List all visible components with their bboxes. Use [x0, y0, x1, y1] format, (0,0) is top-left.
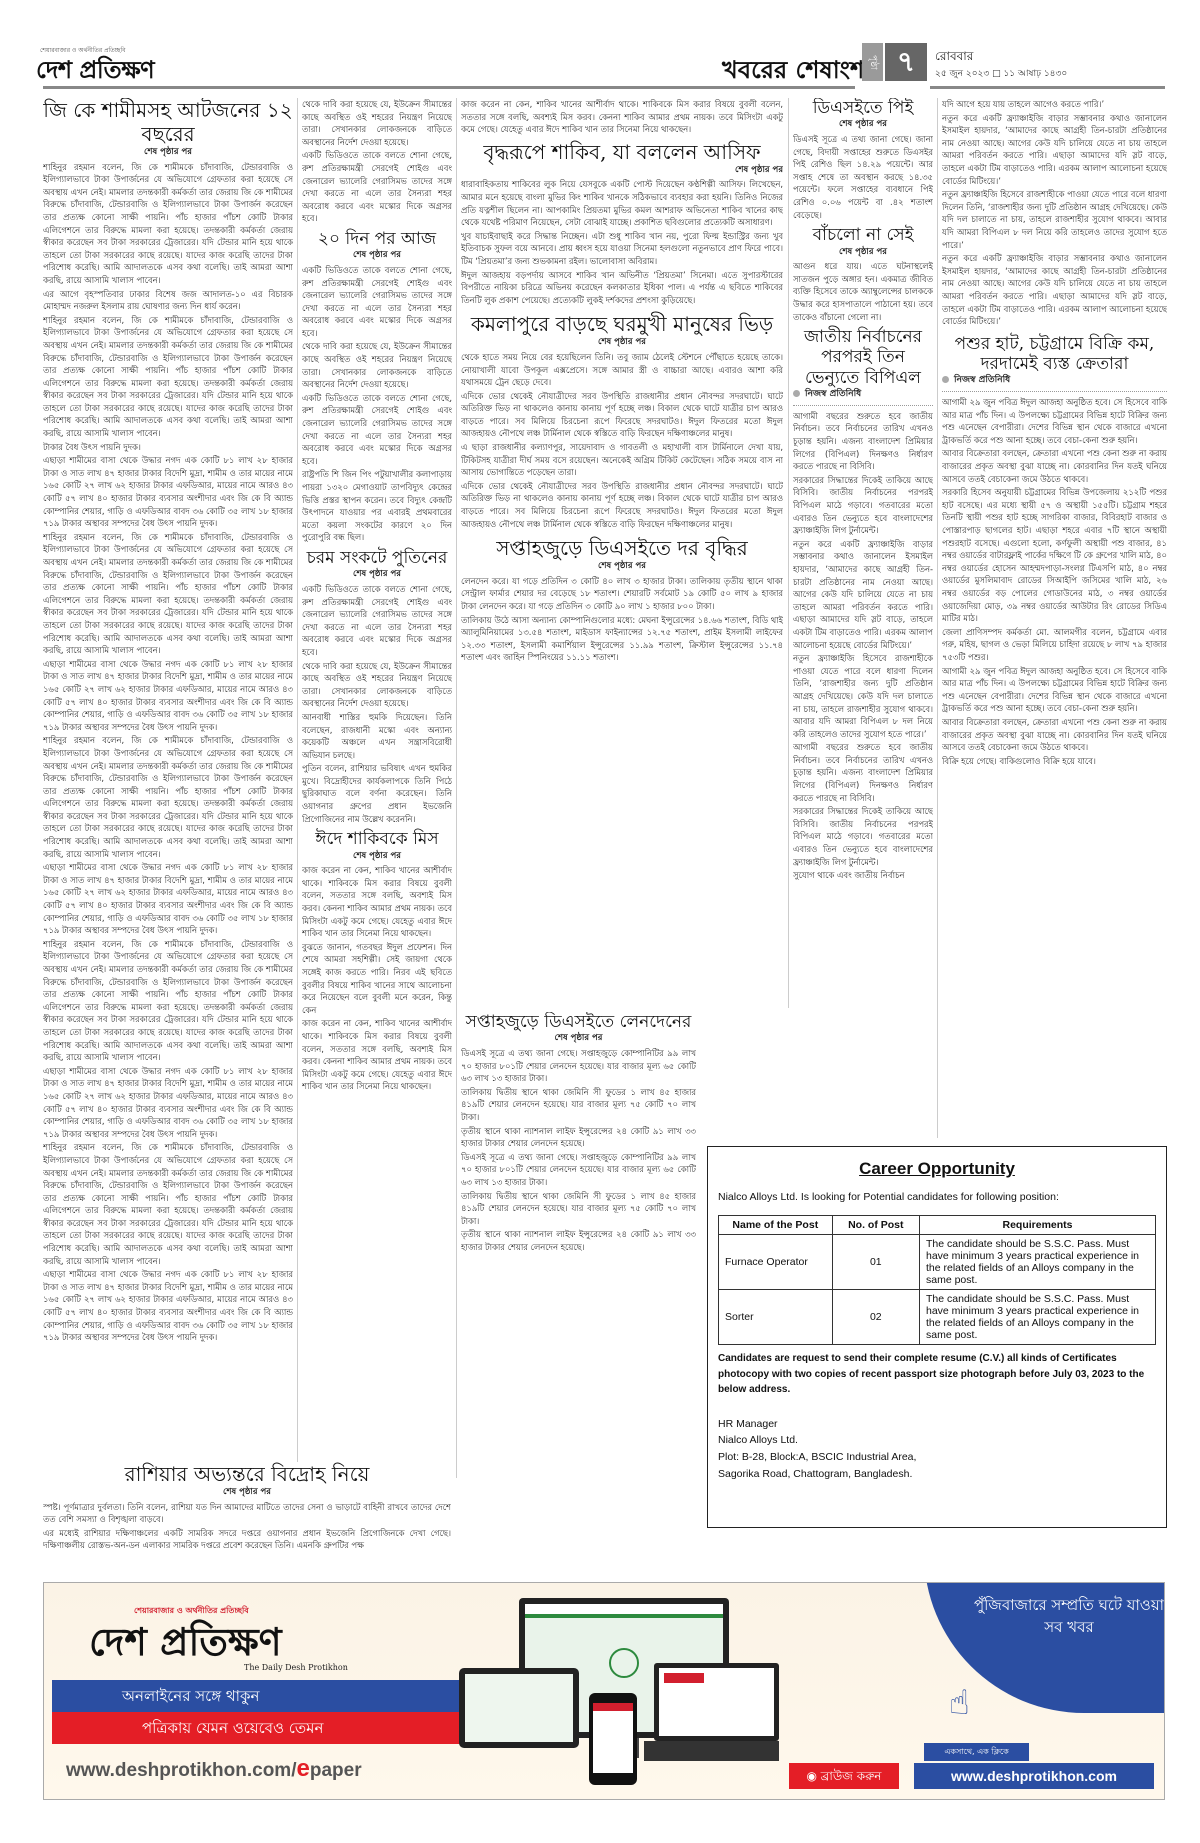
post-name: Furnace Operator [719, 1235, 833, 1290]
paragraph: আগামী ২৯ জুন পবিত্র ঈদুল আজহা অনুষ্ঠিত হ… [942, 665, 1167, 715]
paragraph: আবার বিক্রেতারা বলছেন, ক্রেতারা এখনো পশু… [942, 716, 1167, 754]
ad-intro: Nialco Alloys Ltd. Is looking for Potent… [718, 1191, 1156, 1203]
paragraph: তৃতীয় স্থানে থাকা ন্যাশনাল লাইফ ইন্সুরে… [461, 1228, 696, 1253]
bullet-icon [793, 390, 800, 397]
paragraph: ডিএসই সূত্রে এ তথ্য জানা গেছে। জানা গেছে… [793, 133, 933, 221]
continued-label: শেষ পৃষ্ঠার পর [461, 1032, 696, 1045]
paragraph: এ ছাড়া রাজধানীর কল্যাণপুর, সায়েদাবাদ ও… [461, 441, 783, 479]
article-russia: রাশিয়ার অভ্যন্তরে বিদ্রোহ নিয়ে শেষ পৃষ… [43, 1462, 451, 1577]
together-label: একসাথে, এক ক্লিকে [924, 1743, 1029, 1761]
ad-note: Candidates are request to send their com… [718, 1351, 1156, 1398]
paragraph: ঈদুল আজহায় বড়পর্দায় আসবে শাকিব খান অভ… [461, 269, 783, 307]
epaper-link[interactable]: www.deshprotikhon.com/epaper [66, 1755, 362, 1783]
paragraph: একটি ভিডিওতে তাকে বলতে শোনা গেছে, রুশ প্… [302, 392, 452, 468]
headline: সপ্তাহজুড়ে ডিএসইতে লেনদেনের [461, 1012, 696, 1032]
paragraph: থেকে দাবি করা হয়েছে যে, ইউক্রেন সীমান্ত… [302, 340, 452, 390]
article-ukraine: থেকে দাবি করা হয়েছে যে, ইউক্রেন সীমান্ত… [302, 98, 452, 225]
paragraph: যদি আগে হয়ে যায় তাহলে আগেও করতে পারি।’ [942, 98, 1167, 111]
paragraph: একটি ভিডিওতে তাকে বলতে শোনা গেছে, রুশ প্… [302, 583, 452, 659]
page-number: ৭ [885, 43, 927, 81]
paragraph: স্পষ্ট। পূর্ণমাত্রার দুর্বলতা। তিনি বলেন… [43, 1501, 451, 1526]
address-line: HR Manager [718, 1416, 1156, 1433]
headline: রাশিয়ার অভ্যন্তরে বিদ্রোহ নিয়ে [43, 1462, 451, 1486]
banner-blue-strip: অনলাইনের সঙ্গে থাকুন [52, 1680, 502, 1712]
byline: নিজস্ব প্রতিনিধি [793, 388, 933, 406]
paragraph: এছাড়া শামীমের বাসা থেকে উদ্ধার নগদ এক ক… [43, 1065, 293, 1141]
headline: চরম সংকটে পুতিনের [302, 548, 452, 568]
paragraph: নতুন করে একটি ফ্র্যাঞ্চাইজি বাড়ার সম্ভা… [793, 538, 933, 651]
paragraph: নতুন করে একটি ফ্র্যাঞ্চাইজি বাড়ার সম্ভা… [942, 252, 1167, 328]
paragraph: সুযোগ থাকে এবং জাতীয় নির্বাচন [793, 869, 933, 882]
paragraph: তালিকায় উঠে আসা অন্যান্য কোম্পানিগুলোর … [461, 614, 783, 664]
byline-text: নিজস্ব প্রতিনিধি [954, 375, 1010, 385]
article-fire: বাঁচলো না সেই শেষ পৃষ্ঠার পর আগুন ধরে যা… [793, 225, 933, 323]
paragraph: তালিকায় দ্বিতীয় স্থানে থাকা জেমিনি সী … [461, 1190, 696, 1228]
headline: ২০ দিন পর আজ [302, 229, 452, 249]
continued-label: শেষ পৃষ্ঠার পর [461, 560, 783, 573]
paragraph: শাহিনুর রহমান বলেন, জি কে শামীমকে চাঁদাব… [43, 938, 293, 1064]
paragraph: নতুন করে একটি ফ্র্যাঞ্চাইজি বাড়ার সম্ভা… [942, 112, 1167, 188]
paragraph: খুব যাচাইবাছাই করে সিদ্ধান্ত নিচ্ছেন। এট… [461, 230, 783, 268]
article-column-3: কাজ করেন না কেন, শাকিব খানের আশীর্বাদ থা… [461, 98, 783, 1008]
paragraph: আনবাধী শাস্তির হুমকি দিয়েছেন। তিনি বলেছ… [302, 711, 452, 761]
article-gk-shamim: জি কে শামীমসহ আটজনের ১২ বছরের শেষ পৃষ্ঠা… [43, 98, 293, 1483]
paragraph: আগুন ধরে যায়। এতে ঘটনাস্থলেই সাতজন পুড়… [793, 260, 933, 323]
paragraph: সরকারের সিদ্ধান্তের দিকেই তাকিয়ে আছে বি… [793, 805, 933, 868]
paragraph: আগামী বছরের শুরুতে হবে জাতীয় নির্বাচন। … [793, 410, 933, 473]
paragraph: পুতিন বলেন, রাশিয়ার ভবিষ্যৎ এখন হুমকির … [302, 762, 452, 825]
article-column-5: যদি আগে হয়ে যায় তাহলে আগেও করতে পারি।’… [942, 98, 1167, 1138]
article-dse-trade: সপ্তাহজুড়ে ডিএসইতে লেনদেনের শেষ পৃষ্ঠার… [461, 1012, 696, 1482]
header-date: ২৫ জুন ২০২৩ □ ১১ আষাঢ় ১৪৩০ [935, 66, 1067, 81]
banner-red-strip: পত্রিকায় যেমন ওয়েবেও তেমন [52, 1712, 502, 1744]
paragraph: লেনদেন করে। যা গড়ে প্রতিদিন ৩ কোটি ৪০ ল… [461, 575, 783, 613]
byline: নিজস্ব প্রতিনিধি [942, 374, 1167, 392]
article-dse-pe: ডিএসইতে পিই শেষ পৃষ্ঠার পর ডিএসই সূত্রে … [793, 98, 933, 221]
url-suffix: paper [310, 1760, 362, 1781]
address-line: Nialco Alloys Ltd. [718, 1432, 1156, 1449]
article-column-4: ডিএসইতে পিই শেষ পৃষ্ঠার পর ডিএসই সূত্রে … [793, 98, 933, 1138]
paragraph: থেকে হাতে সময় নিয়ে বের হয়েছিলেন তিনি।… [461, 351, 783, 389]
browse-button[interactable]: ◉ ব্রাউজ করুন [789, 1763, 899, 1789]
paragraph: বুঝতে জানান, গতবছর ঈদুল প্রফেশন। দিন শেষ… [302, 941, 452, 1017]
headline: বাঁচলো না সেই [793, 225, 933, 245]
column-header: Requirements [920, 1216, 1156, 1235]
address-line: Plot: B-28, Block:A, BSCIC Industrial Ar… [718, 1449, 1156, 1466]
paragraph: ডিএসই সূত্রে এ তথ্য জানা গেছে। সপ্তাহজুড… [461, 1151, 696, 1189]
article-eid-shakib: ঈদে শাকিবকে মিস শেষ পৃষ্ঠার পর কাজ করেন … [302, 829, 452, 1093]
post-requirements: The candidate should be S.S.C. Pass. Mus… [920, 1290, 1156, 1345]
article-kamalapur: কমলাপুরে বাড়ছে ঘরমুখী মানুষের ভিড় শেষ … [461, 312, 783, 530]
table-row: Sorter 02 The candidate should be S.S.C.… [719, 1290, 1156, 1345]
continued-label: শেষ পৃষ্ঠার পর [793, 118, 933, 131]
headline: ঈদে শাকিবকে মিস [302, 829, 452, 849]
paragraph: একটি ভিডিওতে তাকে বলতে শোনা গেছে, রুশ প্… [302, 149, 452, 225]
post-count: 01 [832, 1235, 919, 1290]
paragraph: কাজ করেন না কেন, শাকিব খানের আশীর্বাদ থা… [302, 1017, 452, 1093]
headline: বৃদ্ধরূপে শাকিব, যা বললেন আসিফ [461, 140, 783, 164]
footer-banner-ad[interactable]: শেয়ারবাজার ও অর্থনীতির প্রতিচ্ছবি দেশ প… [43, 1582, 1165, 1800]
paragraph: এর মধ্যেই রাশিয়ার দক্ষিণাঞ্চলের একটি সা… [43, 1527, 451, 1552]
headline: জাতীয় নির্বাচনের পরপরই তিন ভেন্যুতে বিপ… [793, 327, 933, 388]
paragraph: শাহিনুর রহমান বলেন, জি কে শামীমকে চাঁদাব… [43, 531, 293, 657]
banner-english-name: The Daily Desh Protikhon [244, 1663, 348, 1672]
paragraph: তৃতীয় স্থানে থাকা ন্যাশনাল লাইফ ইন্সুরে… [461, 1125, 696, 1150]
epaper-e-icon: e [296, 1755, 309, 1782]
headline: কমলাপুরে বাড়ছে ঘরমুখী মানুষের ভিড় [461, 312, 783, 336]
header-rule-left [43, 86, 855, 89]
article-putin: চরম সংকটে পুতিনের শেষ পৃষ্ঠার পর একটি ভি… [302, 548, 452, 825]
paragraph: এর আগে বৃহস্পতিবার ঢাকার বিশেষ জজ আদালত-… [43, 288, 293, 313]
continued-label: শেষ পৃষ্ঠার পর [461, 336, 783, 349]
continued-label: শেষ পৃষ্ঠার পর [302, 249, 452, 262]
post-requirements: The candidate should be S.S.C. Pass. Mus… [920, 1235, 1156, 1290]
paragraph: থেকে দাবি করা হয়েছে যে, ইউক্রেন সীমান্ত… [302, 98, 452, 148]
column-divider [456, 98, 457, 1478]
article-column-2: থেকে দাবি করা হয়েছে যে, ইউক্রেন সীমান্ত… [302, 98, 452, 1483]
paragraph: শাহিনুর রহমান বলেন, জি কে শামীমকে চাঁদাব… [43, 734, 293, 860]
table-row: Furnace Operator 01 The candidate should… [719, 1235, 1156, 1290]
continued-label: শেষ পৃষ্ঠার পর [793, 246, 933, 259]
column-divider [788, 98, 789, 1008]
continued-label: শেষ পৃষ্ঠার পর [43, 146, 293, 159]
paragraph: এছাড়া শামীমের বাসা থেকে উদ্ধার নগদ এক ক… [43, 1268, 293, 1344]
paragraph: থেকে দাবি করা হয়েছে যে, ইউক্রেন সীমান্ত… [302, 660, 452, 710]
table-header-row: Name of the Post No. of Post Requirement… [719, 1216, 1156, 1235]
paragraph: তালিকায় দ্বিতীয় স্থানে থাকা জেমিনি সী … [461, 1086, 696, 1124]
devices-illustration-icon [459, 1593, 779, 1788]
article-dse-weekly: সপ্তাহজুড়ে ডিএসইতে দর বৃদ্ধির শেষ পৃষ্ঠ… [461, 536, 783, 664]
column-divider [937, 98, 938, 1138]
paragraph: নতুন ফ্র্যাঞ্চাইজি হিসেবে রাজশাহীকে পাওয… [942, 188, 1167, 251]
continued-label: শেষ পৃষ্ঠার পর [43, 1486, 451, 1499]
page-label: পৃষ্ঠা [862, 43, 883, 81]
bullet-icon [942, 376, 949, 383]
column-divider [297, 98, 298, 1478]
paragraph: জেলা প্রাণিসম্পদ কর্মকর্তা মো. আলমগীর বল… [942, 626, 1167, 664]
continued-label: শেষ পৃষ্ঠার পর [461, 164, 783, 177]
post-count: 02 [832, 1290, 919, 1345]
paragraph: আবার বিক্রেতারা বলছেন, ক্রেতারা এখনো পশু… [942, 447, 1167, 485]
paragraph: টাকার বৈধ উৎস পায়নি দুদক। [43, 441, 293, 454]
ad-title: Career Opportunity [718, 1159, 1156, 1179]
ad-address: HR Manager Nialco Alloys Ltd. Plot: B-28… [718, 1416, 1156, 1483]
paragraph: বিক্রি হয়ে গেছে। বাকিগুলোও বিক্রি হয়ে … [942, 755, 1167, 768]
paragraph: কাজ করেন না কেন, শাকিব খানের আশীর্বাদ থা… [302, 864, 452, 940]
continued-label: শেষ পৃষ্ঠার পর [302, 850, 452, 863]
article-cattle: পশুর হাট, চট্টগ্রামে বিক্রি কম, দরদামেই … [942, 334, 1167, 768]
paragraph: এদিকে ভোর থেকেই নৌযাত্রীদের সরব উপস্থিতি… [461, 390, 783, 440]
url-prefix: www.deshprotikhon.com/ [66, 1760, 296, 1781]
article-shakib-look: বৃদ্ধরূপে শাকিব, যা বললেন আসিফ শেষ পৃষ্ঠ… [461, 140, 783, 307]
paragraph: এছাড়া শামীমের বাসা থেকে উদ্ধার নগদ এক ক… [43, 861, 293, 937]
paragraph: শাহিনুর রহমান বলেন, জি কে শামীমকে চাঁদাব… [43, 314, 293, 440]
post-name: Sorter [719, 1290, 833, 1345]
browse-label: ব্রাউজ করুন [821, 1769, 882, 1783]
paragraph: আগামী বছরের শুরুতে হবে জাতীয় নির্বাচন। … [793, 741, 933, 804]
header-rule-right [930, 86, 1165, 89]
column-header: No. of Post [832, 1216, 919, 1235]
paragraph: সরকারি হিসেব অনুযায়ী চট্টগ্রামের বিভিন্… [942, 486, 1167, 625]
paragraph: ডিএসই সূত্রে এ তথ্য জানা গেছে। সপ্তাহজুড… [461, 1047, 696, 1085]
continued-label: শেষ পৃষ্ঠার পর [302, 568, 452, 581]
paragraph: এদিকে ভোর থেকেই নৌযাত্রীদের সরব উপস্থিতি… [461, 480, 783, 530]
paragraph: একটি ভিডিওতে তাকে বলতে শোনা গেছে, রুশ প্… [302, 264, 452, 340]
positions-table: Name of the Post No. of Post Requirement… [718, 1215, 1156, 1345]
address-line: Sagorika Road, Chattogram, Bangladesh. [718, 1466, 1156, 1483]
article-bpl-venue: জাতীয় নির্বাচনের পরপরই তিন ভেন্যুতে বিপ… [793, 327, 933, 882]
article-20-days: ২০ দিন পর আজ শেষ পৃষ্ঠার পর একটি ভিডিওতে… [302, 229, 452, 544]
paragraph: ধারাবাহিকতায় শাকিবের লুক নিয়ে যেসবুকে … [461, 178, 783, 228]
headline: ডিএসইতে পিই [793, 98, 933, 118]
paragraph: শাহিনুর রহমান বলেন, জি কে শামীমকে চাঁদাব… [43, 1141, 293, 1267]
paragraph: নতুন ফ্র্যাঞ্চাইজি হিসেবে রাজশাহীকে পাওয… [793, 652, 933, 740]
paragraph: কাজ করেন না কেন, শাকিব খানের আশীর্বাদ থা… [461, 98, 783, 136]
paragraph: সরকারের সিদ্ধান্তের দিকেই তাকিয়ে আছে বি… [793, 474, 933, 537]
header-day: রোববার [935, 48, 973, 68]
site-link[interactable]: www.deshprotikhon.com [914, 1763, 1154, 1789]
headline: জি কে শামীমসহ আটজনের ১২ বছরের [43, 98, 293, 146]
career-opportunity-ad: Career Opportunity Nialco Alloys Ltd. Is… [707, 1146, 1167, 1528]
paragraph: এছাড়া শামীমের বাসা থেকে উদ্ধার নগদ এক ক… [43, 454, 293, 530]
paragraph: রাষ্ট্রপতি শি জিন পিং পটুয়াখালীর কলাপাড… [302, 468, 452, 544]
paragraph: শাহিনুর রহমান বলেন, জি কে শামীমকে চাঁদাব… [43, 161, 293, 287]
headline: পশুর হাট, চট্টগ্রামে বিক্রি কম, দরদামেই … [942, 334, 1167, 375]
byline-text: নিজস্ব প্রতিনিধি [805, 389, 861, 399]
paragraph: আগামী ২৯ জুন পবিত্র ঈদুল আজহা অনুষ্ঠিত হ… [942, 396, 1167, 446]
paragraph: এছাড়া শামীমের বাসা থেকে উদ্ধার নগদ এক ক… [43, 658, 293, 734]
column-header: Name of the Post [719, 1216, 833, 1235]
pointing-hand-icon: ☝ [949, 1683, 970, 1723]
headline: সপ্তাহজুড়ে ডিএসইতে দর বৃদ্ধির [461, 536, 783, 560]
